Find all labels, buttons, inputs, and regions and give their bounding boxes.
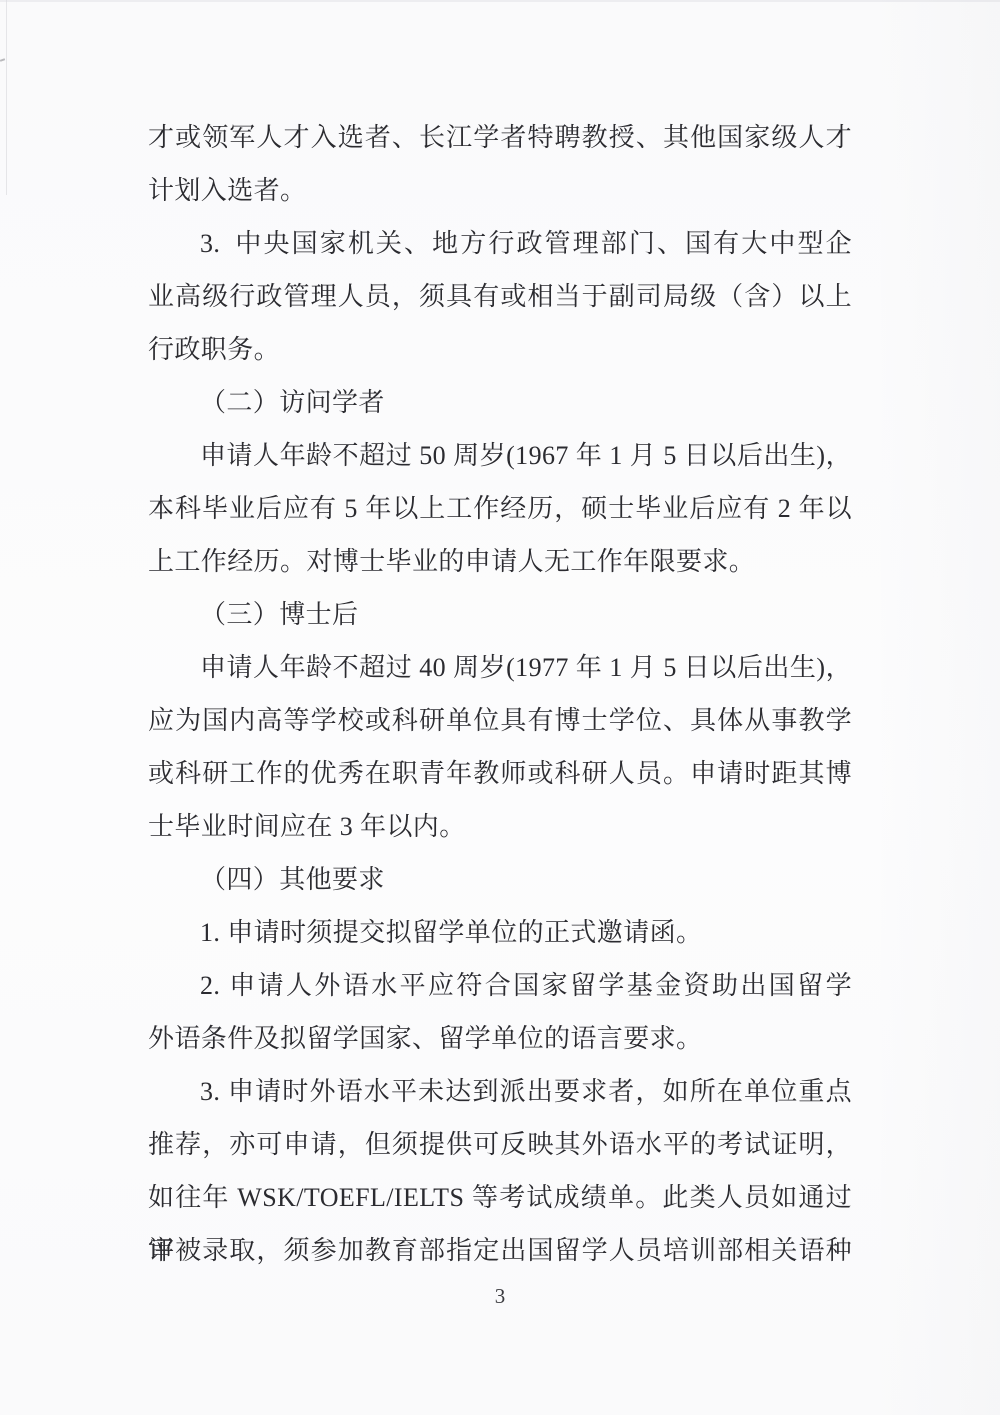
scan-edge-artifact	[6, 0, 7, 195]
section-heading: （二）访问学者	[148, 376, 852, 429]
text-line: 3. 申请时外语水平未达到派出要求者，如所在单位重点	[148, 1065, 852, 1118]
page-number: 3	[0, 1284, 1000, 1309]
text-line: 应为国内高等学校或科研单位具有博士学位、具体从事教学	[148, 694, 852, 747]
text-line: 推荐，亦可申请，但须提供可反映其外语水平的考试证明，	[148, 1118, 852, 1171]
scan-edge-artifact	[0, 58, 5, 62]
scanned-document-page: 才或领军人才入选者、长江学者特聘教授、其他国家级人才 计划入选者。 3. 中央国…	[0, 0, 1000, 1415]
text-line: 申请人年龄不超过 40 周岁(1977 年 1 月 5 日以后出生)，	[148, 641, 852, 694]
text-line: 3. 中央国家机关、地方行政管理部门、国有大中型企	[148, 217, 852, 270]
section-heading: （三）博士后	[148, 588, 852, 641]
scan-shading	[870, 0, 1000, 1415]
text-line: 2. 申请人外语水平应符合国家留学基金资助出国留学	[148, 959, 852, 1012]
text-line: 审被录取，须参加教育部指定出国留学人员培训部相关语种	[148, 1224, 852, 1277]
text-line: 外语条件及拟留学国家、留学单位的语言要求。	[148, 1012, 852, 1065]
text-line: 行政职务。	[148, 323, 852, 376]
text-line: 1. 申请时须提交拟留学单位的正式邀请函。	[148, 906, 852, 959]
text-line: 业高级行政管理人员，须具有或相当于副司局级（含）以上	[148, 270, 852, 323]
text-line: 或科研工作的优秀在职青年教师或科研人员。申请时距其博	[148, 747, 852, 800]
document-body: 才或领军人才入选者、长江学者特聘教授、其他国家级人才 计划入选者。 3. 中央国…	[148, 111, 852, 1277]
scan-edge-artifact	[0, 0, 1000, 2]
text-line: 计划入选者。	[148, 164, 852, 217]
section-heading: （四）其他要求	[148, 853, 852, 906]
text-line: 申请人年龄不超过 50 周岁(1967 年 1 月 5 日以后出生)，	[148, 429, 852, 482]
text-line: 士毕业时间应在 3 年以内。	[148, 800, 852, 853]
text-line: 才或领军人才入选者、长江学者特聘教授、其他国家级人才	[148, 111, 852, 164]
text-line: 如往年 WSK/TOEFL/IELTS 等考试成绩单。此类人员如通过评	[148, 1171, 852, 1224]
text-line: 本科毕业后应有 5 年以上工作经历，硕士毕业后应有 2 年以	[148, 482, 852, 535]
text-line: 上工作经历。对博士毕业的申请人无工作年限要求。	[148, 535, 852, 588]
